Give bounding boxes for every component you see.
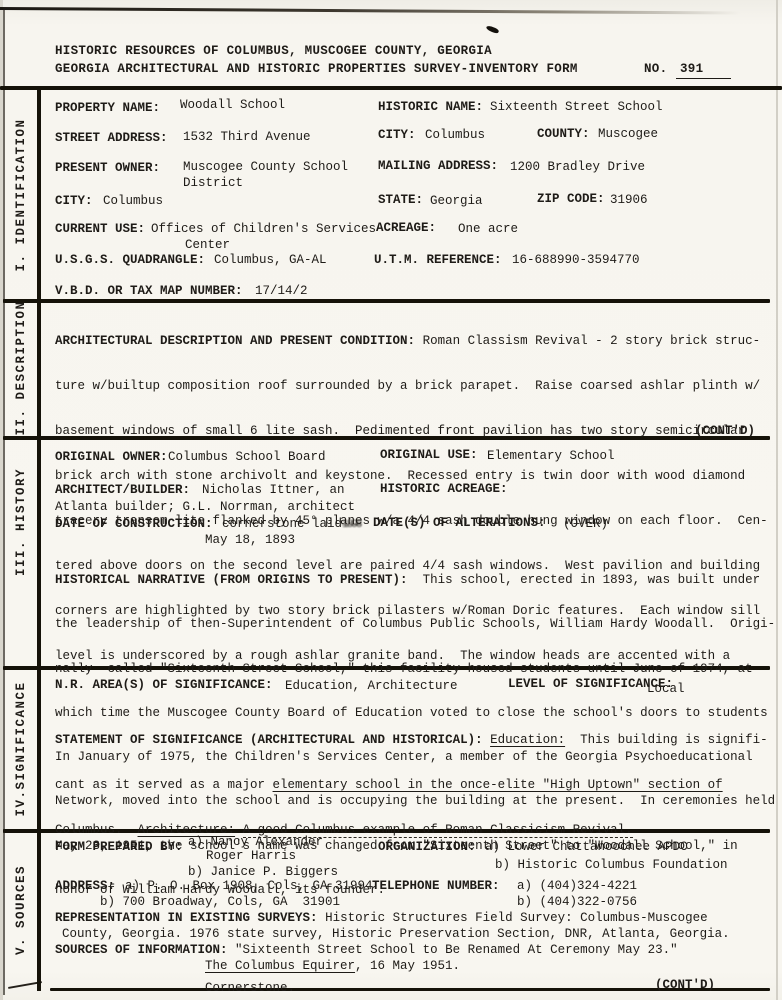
section-label-history: III. HISTORY xyxy=(14,468,28,576)
telephone-a: a) (404)324-4221 xyxy=(517,879,637,894)
level-value: Local xyxy=(647,682,685,697)
form-prepared-a1: a) Nancy Alexander xyxy=(188,835,323,850)
state-value: Georgia xyxy=(430,194,483,209)
page-right-border xyxy=(776,0,778,1000)
zip-value: 31906 xyxy=(610,193,648,208)
quadrangle-label: U.S.G.S. QUADRANGLE: xyxy=(55,253,205,268)
form-prepared-b: b) Janice P. Biggers xyxy=(188,865,338,880)
original-owner-value: Columbus School Board xyxy=(168,450,326,465)
telephone-label: TELEPHONE NUMBER: xyxy=(372,879,500,894)
historic-acreage-label: HISTORIC ACREAGE: xyxy=(380,482,508,497)
description-contd: (CONT'D) xyxy=(695,424,755,438)
acreage-value: One acre xyxy=(458,222,518,237)
city2-value: Columbus xyxy=(103,194,163,209)
property-name-label: PROPERTY NAME: xyxy=(55,101,160,116)
city-label: CITY: xyxy=(378,128,416,143)
present-owner-value-line1: Muscogee County School xyxy=(183,160,348,175)
original-owner-label: ORIGINAL OWNER: xyxy=(55,450,168,465)
statement-line-1: This building is signifi- xyxy=(565,733,768,747)
quadrangle-value: Columbus, GA-AL xyxy=(214,253,327,268)
street-address-label: STREET ADDRESS: xyxy=(55,131,168,146)
section-divider xyxy=(0,86,782,90)
utm-label: U.T.M. REFERENCE: xyxy=(374,253,502,268)
description-heading: ARCHITECTURAL DESCRIPTION AND PRESENT CO… xyxy=(55,334,415,348)
current-use-value-line2: Center xyxy=(185,238,230,253)
county-value: Muscogee xyxy=(598,127,658,142)
form-number-value: 391 xyxy=(676,62,731,79)
zip-label: ZIP CODE: xyxy=(537,192,605,207)
address-a: a) P. O. Box 1908, Cols, GA 31994 xyxy=(125,879,373,894)
organization-a: a) Lower Chattahoochee APDC xyxy=(485,840,688,855)
header-title-line1: HISTORIC RESOURCES OF COLUMBUS, MUSCOGEE… xyxy=(55,44,492,59)
statement-education-term: Education: xyxy=(490,733,565,747)
statement-label: STATEMENT OF SIGNIFICANCE (ARCHITECTURAL… xyxy=(55,733,490,747)
section-label-description: II. DESCRIPTION xyxy=(14,300,28,435)
alterations-value: (OVER) xyxy=(563,517,608,532)
historic-name-label: HISTORIC NAME: xyxy=(378,100,483,115)
statement-line-3-pre: Columbus. xyxy=(55,823,138,837)
property-name-value: Woodall School xyxy=(180,98,285,113)
architect-label: ARCHITECT/BUILDER: xyxy=(55,483,190,498)
utm-value: 16-688990-3594770 xyxy=(512,253,640,268)
county-label: COUNTY: xyxy=(537,127,590,142)
state-label: STATE: xyxy=(378,193,423,208)
top-scan-line xyxy=(0,7,740,14)
surveys-line1: REPRESENTATION IN EXISTING SURVEYS: Hist… xyxy=(55,911,708,926)
city-value: Columbus xyxy=(425,128,485,143)
current-use-label: CURRENT USE: xyxy=(55,222,145,237)
tax-map-label: V.B.D. OR TAX MAP NUMBER: xyxy=(55,284,243,299)
present-owner-value-line2: District xyxy=(183,176,243,191)
form-prepared-label: FORM PREPARED BY: xyxy=(55,840,183,855)
street-address-value: 1532 Third Avenue xyxy=(183,130,311,145)
current-use-value-line1: Offices of Children's Services xyxy=(151,222,376,237)
historic-name-value: Sixteenth Street School xyxy=(490,100,663,115)
page-left-border xyxy=(3,8,5,995)
statement-line-2-underlined: elementary school in the once-elite "Hig… xyxy=(273,778,723,792)
organization-label: ORGANIZATION: xyxy=(378,840,476,855)
architect-value-line1: Nicholas Ittner, an xyxy=(202,483,345,498)
section-label-significance: IV.SIGNIFICANCE xyxy=(14,681,28,816)
address-b: b) 700 Broadway, Cols, GA 31901 xyxy=(100,895,340,910)
cornerstone-note: Cornerstone. xyxy=(205,981,295,996)
tax-map-value: 17/14/2 xyxy=(255,284,308,299)
city2-label: CITY: xyxy=(55,194,93,209)
form-prepared-a2: Roger Harris xyxy=(206,849,296,864)
sources-citation: The Columbus Equirer, 16 May 1951. xyxy=(205,959,460,974)
description-line-2: ture w/builtup composition roof surround… xyxy=(55,379,768,396)
label-column-rule xyxy=(37,86,41,991)
narrative-line-2: the leadership of then-Superintendent of… xyxy=(55,617,775,633)
original-use-label: ORIGINAL USE: xyxy=(380,448,478,463)
header-title-line2: GEORGIA ARCHITECTURAL AND HISTORIC PROPE… xyxy=(55,62,578,77)
section-divider xyxy=(3,299,770,303)
construction-date-label: DATE OF CONSTRUCTION: xyxy=(55,517,213,532)
description-line-1: Roman Classism Revival - 2 story brick s… xyxy=(415,334,760,348)
architect-value-line2: Atlanta builder; G.L. Norrman, architect xyxy=(55,500,355,515)
original-use-value: Elementary School xyxy=(487,449,615,464)
ink-blob-artifact xyxy=(486,25,500,35)
nr-area-label: N.R. AREA(S) OF SIGNIFICANCE: xyxy=(55,678,273,693)
acreage-label: ACREAGE: xyxy=(376,221,436,236)
survey-form-page: HISTORIC RESOURCES OF COLUMBUS, MUSCOGEE… xyxy=(0,0,782,1000)
alterations-label: DATE(S) OF ALTERATIONS: xyxy=(373,516,546,531)
present-owner-label: PRESENT OWNER: xyxy=(55,161,160,176)
nr-area-value: Education, Architecture xyxy=(285,679,458,694)
section-label-sources: V. SOURCES xyxy=(14,865,28,955)
narrative-line-1: This school, erected in 1893, was built … xyxy=(408,573,761,587)
sources-info-line: SOURCES OF INFORMATION: "Sixteenth Stree… xyxy=(55,943,678,958)
statement-line-2-pre: cant as it served as a major xyxy=(55,778,273,792)
mailing-address-label: MAILING ADDRESS: xyxy=(378,159,498,174)
form-number-label: NO. xyxy=(644,62,667,77)
construction-date-value: cornerstone laid1898 xyxy=(222,517,360,533)
address-label: ADDRESS: xyxy=(55,879,115,894)
narrative-heading: HISTORICAL NARRATIVE (FROM ORIGINS TO PR… xyxy=(55,573,408,587)
section-label-identification: I. IDENTIFICATION xyxy=(14,118,28,271)
mailing-address-value: 1200 Bradley Drive xyxy=(510,160,645,175)
organization-b: b) Historic Columbus Foundation xyxy=(495,858,728,873)
description-line-3: basement windows of small 6 lite sash. P… xyxy=(55,424,768,441)
telephone-b: b) (404)322-0756 xyxy=(517,895,637,910)
sources-contd: (CONT'D) xyxy=(655,978,715,992)
surveys-line2: County, Georgia. 1976 state survey, Hist… xyxy=(62,927,730,942)
citation-title: The Columbus Equirer xyxy=(205,959,355,973)
narrative-line-3: nally called "Sixteenth Street School," … xyxy=(55,662,775,678)
construction-date-overstrike: 1898 xyxy=(342,518,360,533)
